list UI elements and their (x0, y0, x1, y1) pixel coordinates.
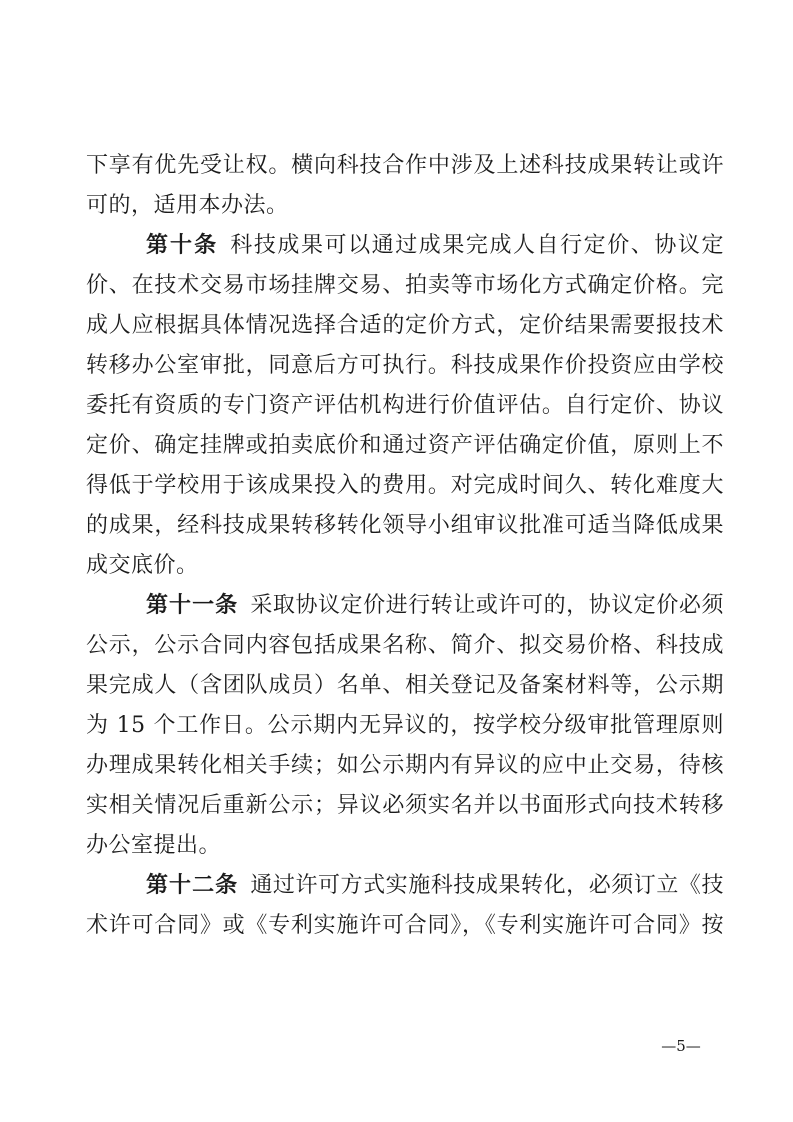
body-paragraph: 第十一条采取协议定价进行转让或许可的，协议定价必须公示，公示合同内容包括成果名称… (86, 586, 724, 866)
page-number: —5— (641, 1036, 721, 1056)
document-page: 下享有优先受让权。横向科技合作中涉及上述科技成果转让或许可的，适用本办法。 第十… (0, 0, 793, 1122)
document-body: 下享有优先受让权。横向科技合作中涉及上述科技成果转让或许可的，适用本办法。 第十… (86, 146, 724, 946)
paragraph-text: 下享有优先受让权。横向科技合作中涉及上述科技成果转让或许可的，适用本办法。 (86, 153, 724, 218)
body-paragraph: 下享有优先受让权。横向科技合作中涉及上述科技成果转让或许可的，适用本办法。 (86, 146, 724, 226)
body-paragraph: 第十二条通过许可方式实施科技成果转化，必须订立《技术许可合同》或《专利实施许可合… (86, 866, 724, 946)
paragraph-text: 采取协议定价进行转让或许可的，协议定价必须公示，公示合同内容包括成果名称、简介、… (86, 593, 724, 858)
article-number: 第十二条 (146, 873, 238, 898)
article-number: 第十一条 (146, 593, 238, 618)
paragraph-text: 科技成果可以通过成果完成人自行定价、协议定价、在技术交易市场挂牌交易、拍卖等市场… (86, 233, 724, 578)
article-number: 第十条 (146, 233, 218, 258)
body-paragraph: 第十条科技成果可以通过成果完成人自行定价、协议定价、在技术交易市场挂牌交易、拍卖… (86, 226, 724, 586)
